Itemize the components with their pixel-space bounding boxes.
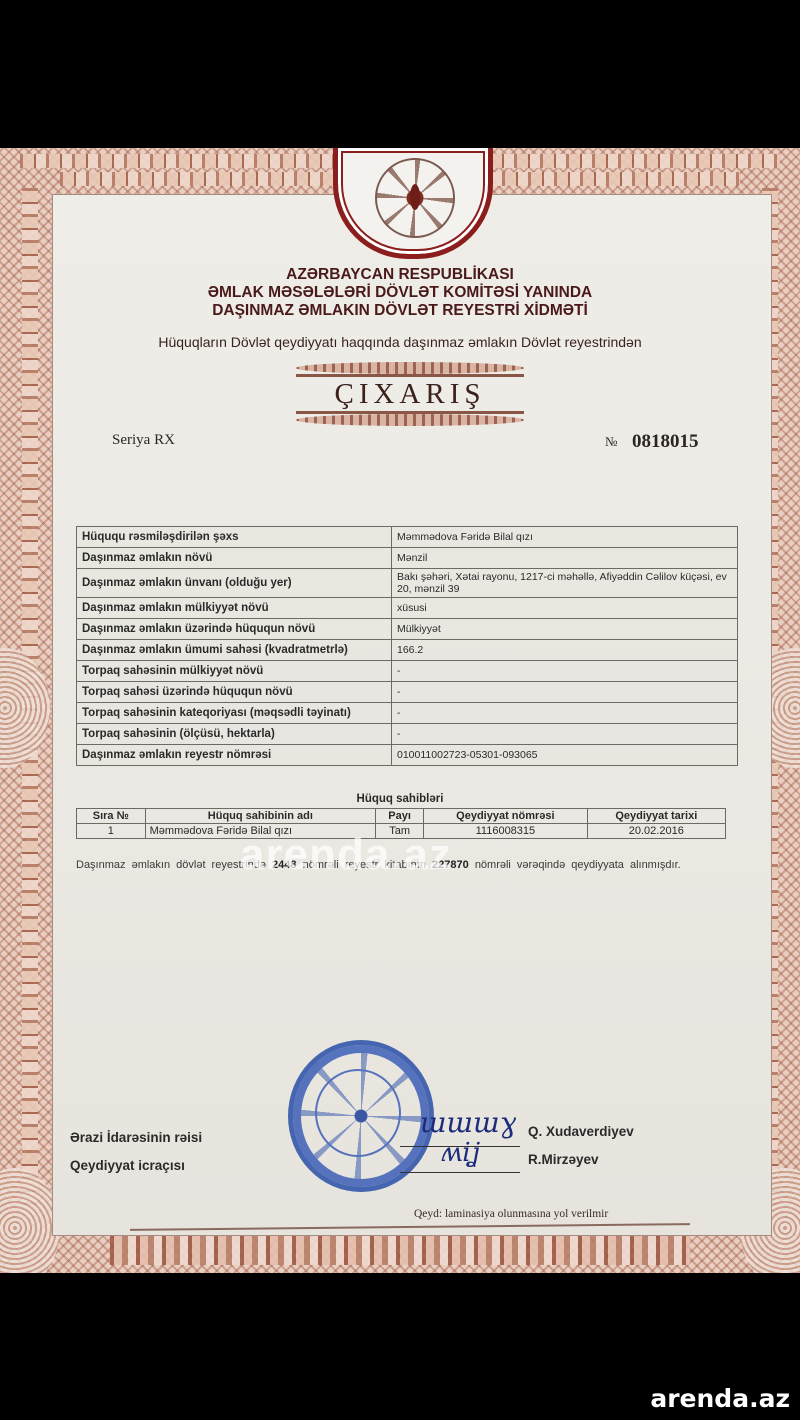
owners-column-header: Hüquq sahibinin adı: [145, 809, 375, 824]
owners-column-header: Qeydiyyat tarixi: [587, 809, 725, 824]
info-label: Torpaq sahəsinin mülkiyyət növü: [77, 661, 392, 682]
info-row: Daşınmaz əmlakın ünvanı (olduğu yer)Bakı…: [77, 569, 738, 598]
info-label: Torpaq sahəsinin (ölçüsü, hektarla): [77, 724, 392, 745]
signature-line-2: [400, 1172, 520, 1173]
signature-role-2: Qeydiyyat icraçısı: [70, 1158, 185, 1173]
header-line-3: DAŞINMAZ ƏMLAKIN DÖVLƏT REYESTRİ XİDMƏTİ: [0, 302, 800, 320]
info-value: 166.2: [392, 640, 738, 661]
owners-cell: 20.02.2016: [587, 824, 725, 839]
owners-cell: 1: [77, 824, 146, 839]
signature-name-1: Q. Xudaverdiyev: [528, 1124, 634, 1139]
info-row: Daşınmaz əmlakın üzərində hüququn növüMü…: [77, 619, 738, 640]
info-label: Torpaq sahəsi üzərində hüququn növü: [77, 682, 392, 703]
info-label: Daşınmaz əmlakın mülkiyyət növü: [77, 598, 392, 619]
info-label: Hüququ rəsmiləşdirilən şəxs: [77, 527, 392, 548]
header-line-2: ƏMLAK MƏSƏLƏLƏRİ DÖVLƏT KOMİTƏSİ YANINDA: [0, 284, 800, 302]
info-label: Daşınmaz əmlakın üzərində hüququn növü: [77, 619, 392, 640]
watermark: arenda.az: [240, 830, 452, 880]
info-row: Torpaq sahəsinin kateqoriyası (məqsədli …: [77, 703, 738, 724]
document-title: ÇIXARIŞ: [296, 378, 524, 411]
info-value: -: [392, 661, 738, 682]
header-subtitle: Hüquqların Dövlət qeydiyyatı haqqında da…: [0, 334, 800, 350]
info-value: Mənzil: [392, 548, 738, 569]
registry-note-prefix: Daşınmaz əmlakın dövlət reyestrində: [76, 859, 266, 871]
document-number: 0818015: [632, 431, 699, 453]
info-row: Daşınmaz əmlakın növüMənzil: [77, 548, 738, 569]
lamination-note: Qeyd: laminasiya olunmasına yol verilmir: [414, 1208, 608, 1220]
info-row: Daşınmaz əmlakın mülkiyyət növüxüsusi: [77, 598, 738, 619]
info-label: Daşınmaz əmlakın növü: [77, 548, 392, 569]
info-value: Məmmədova Fəridə Bilal qızı: [392, 527, 738, 548]
title-rule-top: [296, 374, 524, 377]
info-label: Daşınmaz əmlakın reyestr nömrəsi: [77, 745, 392, 766]
signature-name-2: R.Mirzəyev: [528, 1152, 599, 1167]
info-value: -: [392, 724, 738, 745]
header-line-1: AZƏRBAYCAN RESPUBLİKASI: [0, 266, 800, 284]
registry-note-suffix: nömrəli vərəqində qeydiyyata alınmışdır.: [475, 859, 681, 871]
info-value: Mülkiyyət: [392, 619, 738, 640]
number-sign: №: [605, 434, 617, 450]
info-row: Torpaq sahəsinin (ölçüsü, hektarla)-: [77, 724, 738, 745]
stamp-emblem-icon: [315, 1069, 401, 1157]
title-ornament-bottom: [296, 414, 524, 426]
info-value: -: [392, 703, 738, 724]
info-value: Bakı şəhəri, Xətai rayonu, 1217-ci məhəl…: [392, 569, 738, 598]
info-row: Hüququ rəsmiləşdirilən şəxsMəmmədova Fər…: [77, 527, 738, 548]
info-label: Daşınmaz əmlakın ünvanı (olduğu yer): [77, 569, 392, 598]
info-label: Daşınmaz əmlakın ümumi sahəsi (kvadratme…: [77, 640, 392, 661]
owners-column-header: Sıra №: [77, 809, 146, 824]
official-stamp-icon: [288, 1040, 434, 1192]
info-value: -: [392, 682, 738, 703]
state-emblem-icon: [375, 158, 455, 238]
owners-column-header: Payı: [376, 809, 424, 824]
certificate-document: AZƏRBAYCAN RESPUBLİKASI ƏMLAK MƏSƏLƏLƏRİ…: [0, 148, 800, 1273]
info-row: Torpaq sahəsi üzərində hüququn növü-: [77, 682, 738, 703]
info-label: Torpaq sahəsinin kateqoriyası (məqsədli …: [77, 703, 392, 724]
info-row: Daşınmaz əmlakın reyestr nömrəsi01001100…: [77, 745, 738, 766]
flame-icon: [410, 184, 420, 210]
info-row: Torpaq sahəsinin mülkiyyət növü-: [77, 661, 738, 682]
signature-2-icon: ʍiʝ: [440, 1138, 480, 1168]
property-info-table: Hüququ rəsmiləşdirilən şəxsMəmmədova Fər…: [76, 526, 738, 766]
owners-title: Hüquq sahibləri: [0, 793, 800, 805]
info-value: 010011002723-05301-093065: [392, 745, 738, 766]
brand-watermark: arenda.az: [650, 1384, 790, 1413]
info-value: xüsusi: [392, 598, 738, 619]
signature-1-icon: ɯɯɯɣ: [420, 1106, 516, 1139]
title-ornament-top: [296, 362, 524, 374]
signature-role-1: Ərazi İdarəsinin rəisi: [70, 1130, 202, 1145]
owners-column-header: Qeydiyyat nömrəsi: [424, 809, 587, 824]
info-row: Daşınmaz əmlakın ümumi sahəsi (kvadratme…: [77, 640, 738, 661]
series-label: Seriya RX: [112, 432, 175, 449]
border-ornament-bottom: [110, 1235, 690, 1265]
